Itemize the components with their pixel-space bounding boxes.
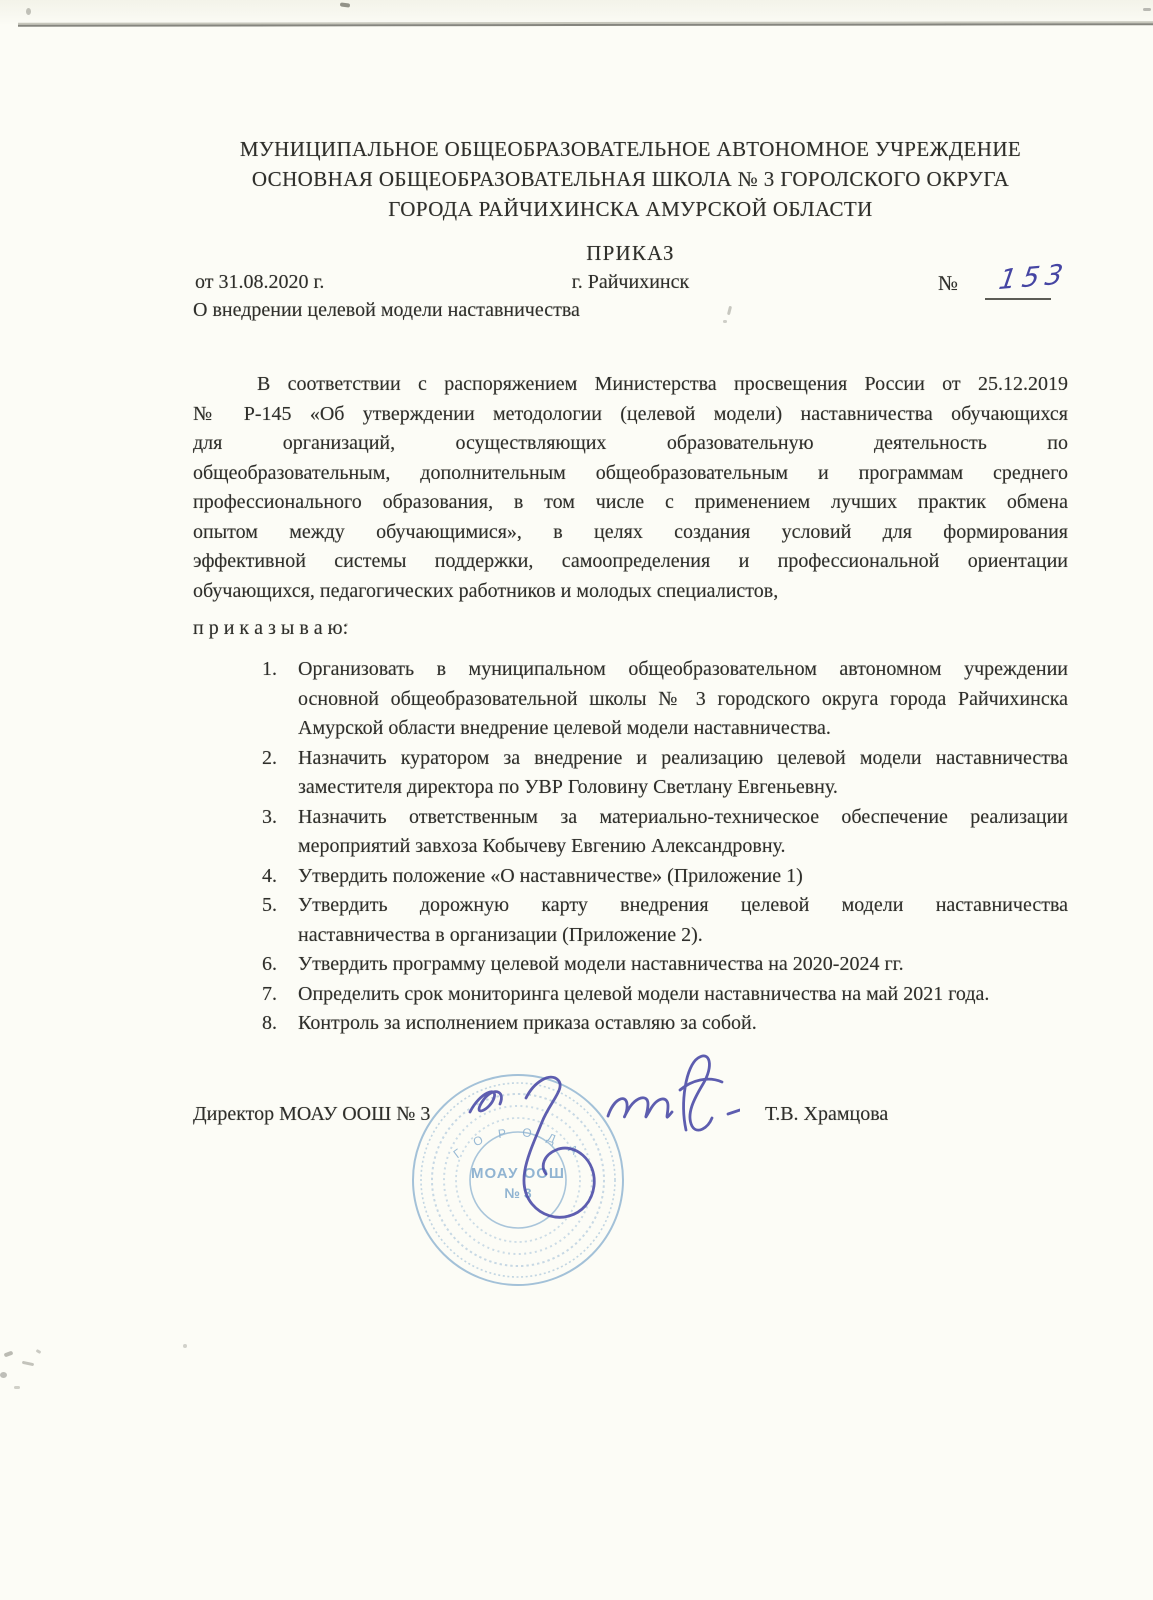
item-line: Амурской области внедрение целевой модел… (298, 714, 1068, 744)
order-subject: О внедрении целевой модели наставничеств… (193, 299, 1068, 322)
scan-smudge (36, 1349, 42, 1354)
paragraph-line: опытом между обучающимися», в целях созд… (193, 518, 1068, 548)
item-number: 4. (262, 862, 277, 892)
order-number-label: № (938, 271, 958, 296)
order-item: 3.Назначить ответственным за материально… (193, 803, 1068, 862)
signature-position: Директор МОАУ ООШ № 3 (193, 1103, 430, 1126)
item-line: Назначить куратором за внедрение и реали… (298, 744, 1068, 774)
item-line: Утвердить дорожную карту внедрения целев… (298, 891, 1068, 921)
order-item: 8.Контроль за исполнением приказа оставл… (193, 1009, 1068, 1039)
item-line: Организовать в муниципальном общеобразов… (298, 655, 1068, 685)
scan-speck (340, 2, 350, 7)
order-item: 5.Утвердить дорожную карту внедрения цел… (193, 891, 1068, 950)
order-item: 1.Организовать в муниципальном общеобраз… (193, 655, 1068, 744)
paragraph-line: общеобразовательным, дополнительным обще… (193, 459, 1068, 489)
order-verb: п р и к а з ы в а ю: (193, 617, 1068, 640)
order-list: 1.Организовать в муниципальном общеобраз… (193, 655, 1068, 1039)
scan-smudge (22, 1361, 34, 1366)
item-number: 7. (262, 980, 277, 1010)
paragraph-line: профессионального образования, в том чис… (193, 488, 1068, 518)
item-line: мероприятий завхоза Кобычеву Евгению Але… (298, 832, 1068, 862)
signature-name: Т.В. Храмцова (765, 1103, 888, 1126)
scan-speck (183, 1344, 187, 1348)
order-item: 7.Определить срок мониторинга целевой мо… (193, 980, 1068, 1010)
order-item: 4.Утвердить положение «О наставничестве»… (193, 862, 1068, 892)
item-line: Утвердить положение «О наставничестве» (… (298, 862, 1068, 892)
paragraph-line: эффективной системы поддержки, самоопред… (193, 547, 1068, 577)
item-line: Назначить ответственным за материально-т… (298, 803, 1068, 833)
scan-speck (26, 8, 31, 15)
document-title: ПРИКАЗ (193, 241, 1068, 266)
item-line: Определить срок мониторинга целевой моде… (298, 980, 1068, 1010)
item-number: 5. (262, 891, 277, 921)
paragraph-line: для организаций, осуществляющих образова… (193, 429, 1068, 459)
item-line: Утвердить программу целевой модели наста… (298, 950, 1068, 980)
item-line: наставничества в организации (Приложение… (298, 921, 1068, 951)
order-item: 2.Назначить куратором за внедрение и реа… (193, 744, 1068, 803)
letterhead: МУНИЦИПАЛЬНОЕ ОБЩЕОБРАЗОВАТЕЛЬНОЕ АВТОНО… (193, 134, 1068, 224)
scan-speck (1143, 8, 1151, 11)
item-line: заместителя директора по УВР Головину Св… (298, 773, 1068, 803)
org-name-line2: ОСНОВНАЯ ОБЩЕОБРАЗОВАТЕЛЬНАЯ ШКОЛА № 3 Г… (193, 164, 1068, 194)
paragraph-line: обучающихся, педагогических работников и… (193, 577, 1068, 607)
scanned-order-page: МУНИЦИПАЛЬНОЕ ОБЩЕОБРАЗОВАТЕЛЬНОЕ АВТОНО… (0, 0, 1153, 1600)
org-name-line3: ГОРОДА РАЙЧИХИНСКА АМУРСКОЙ ОБЛАСТИ (193, 194, 1068, 224)
order-item: 6.Утвердить программу целевой модели нас… (193, 950, 1068, 980)
item-number: 1. (262, 655, 277, 685)
director-signature-icon (440, 1040, 740, 1250)
item-number: 3. (262, 803, 277, 833)
order-number-handwritten: 153 (997, 259, 1071, 297)
body-paragraph: В соответствии с распоряжением Министерс… (193, 370, 1068, 606)
org-name-line1: МУНИЦИПАЛЬНОЕ ОБЩЕОБРАЗОВАТЕЛЬНОЕ АВТОНО… (193, 134, 1068, 164)
paragraph-line: № Р-145 «Об утверждении методологии (цел… (193, 400, 1068, 430)
paragraph-line: В соответствии с распоряжением Министерс… (193, 370, 1068, 400)
item-number: 2. (262, 744, 277, 774)
scan-smudge (0, 1372, 7, 1378)
item-line: основной общеобразовательной школы № 3 г… (298, 685, 1068, 715)
scan-smudge (4, 1351, 14, 1358)
item-line: Контроль за исполнением приказа оставляю… (298, 1009, 1068, 1039)
order-city: г. Райчихинск (193, 271, 1068, 294)
top-scan-line (18, 23, 1153, 27)
item-number: 6. (262, 950, 277, 980)
scan-smudge (14, 1386, 20, 1389)
item-number: 8. (262, 1009, 277, 1039)
